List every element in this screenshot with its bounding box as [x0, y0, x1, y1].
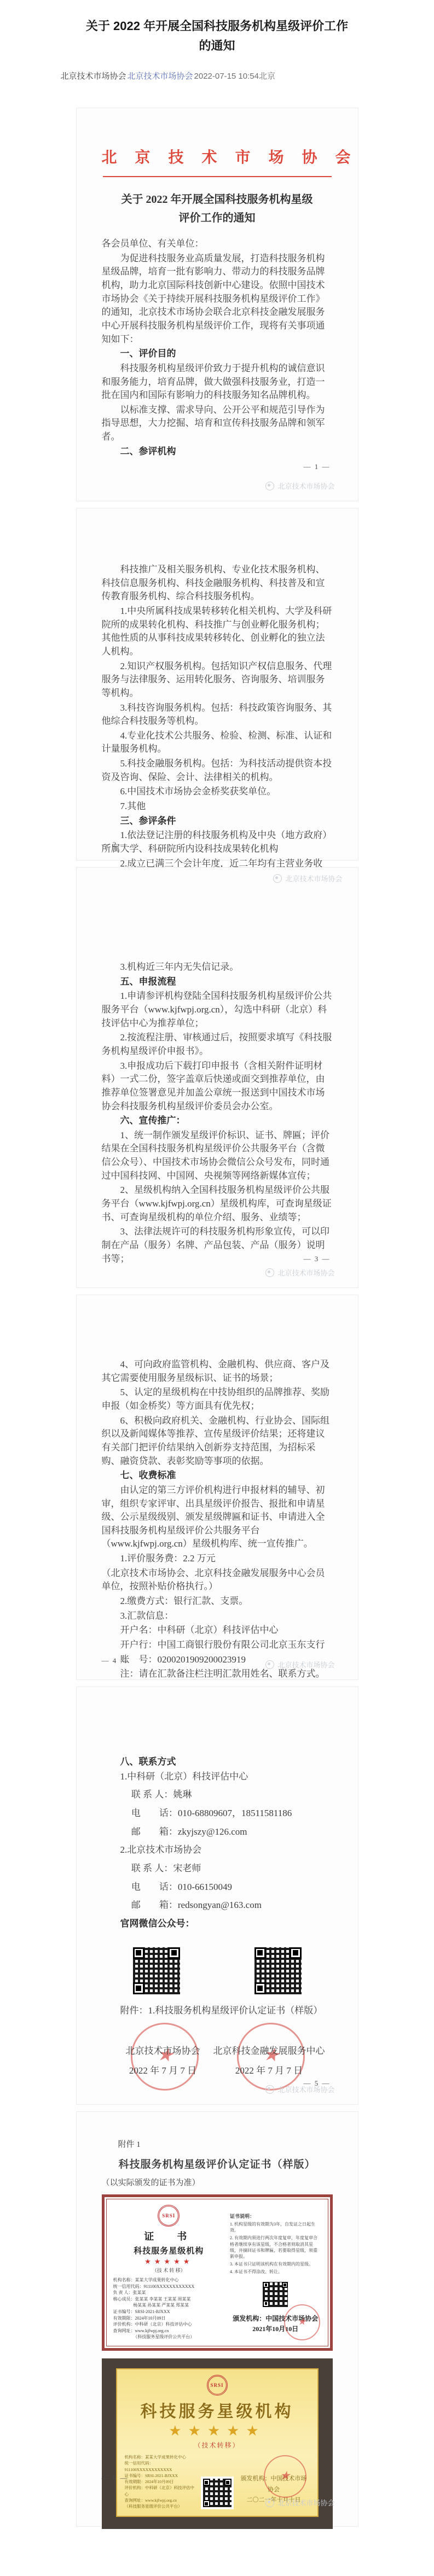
certificate-note: 1. 机构星级的有效期为3年，自发证之日起生效。	[230, 2221, 321, 2233]
letterhead-rule	[103, 176, 332, 177]
signature-date: 2022 年 7 月 7 日	[126, 2061, 200, 2081]
article-header: 关于 2022 年开展全国科技服务机构星级评价工作 的通知 北京技术市场协会北京…	[48, 0, 387, 83]
bottom-spacer	[0, 2533, 434, 2561]
watermark-label: 北京技术市场协会	[277, 1267, 334, 1278]
doc-paragraph: 二、参评机构	[102, 445, 333, 459]
doc-paragraph: 2.知识产权服务机构。包括知识产权信息服务、代理服务与法律服务、运用转化服务、咨…	[102, 660, 333, 700]
document-page-3: 北京技术市场协会 3.机构近三年内无失信记录。五、申报流程1.申请参评机构登陆全…	[76, 867, 358, 1288]
attachment-title: 科技服务机构星级评价认定证书（样版）	[102, 2156, 333, 2171]
certificate-field: 证书编号：SRSI-2021-BJXXX	[113, 2309, 225, 2315]
attachment-line: 附件：1.科技服务机构星级评价认定证书（样版）	[102, 2004, 333, 2018]
issuer-label: 颁发机构：	[233, 2315, 265, 2322]
issuer-line: 颁发机构：中国技术市场协会	[241, 2475, 307, 2493]
certificate-field: 核心成员：张某某 李某某 王某某 周某某	[113, 2296, 225, 2303]
byline: 北京技术市场协会北京技术市场协会2022-07-15 10:54北京	[48, 71, 387, 83]
watermark-label: 北京技术市场协会	[285, 873, 342, 883]
watermark-label: 北京技术市场协会	[277, 481, 334, 491]
document-page-1: 北 京 技 术 市 场 协 会 关于 2022 年开展全国科技服务机构星级 评价…	[76, 108, 358, 501]
page-number: — 6 —	[102, 2474, 129, 2483]
doc-paragraph: 各会员单位、有关单位：	[102, 237, 333, 251]
doc-paragraph: 由认定的第三方评价机构进行申报材料的辅导、初审，组织专家评审、出具星级评价报告、…	[102, 1484, 333, 1551]
doc-paragraph: 科技推广及相关服务机构、专业化技术服务机构、科技信息服务机构、科技金融服务机构、…	[102, 563, 333, 604]
account-link[interactable]: 北京技术市场协会	[128, 72, 193, 81]
certificate-notes-title: 证书说明：	[230, 2212, 321, 2220]
certificate-issuer: 颁发机构：中国技术市场协会 2021年10月10日	[230, 2314, 321, 2334]
watermark-label: 北京技术市场协会	[277, 2497, 334, 2508]
doc-paragraph: 1.申请参评机构登陆全国科技服务机构星级评价公共服务平台（www.kjfwpj.…	[102, 990, 333, 1030]
doc-body: 各会员单位、有关单位：为促进科技服务业高质量发展，打造科技服务机构星级品牌，培育…	[102, 237, 333, 458]
doc-paragraph: 开户名：中科研（北京）科技评估中心	[102, 1624, 333, 1637]
watermark: 北京技术市场协会	[265, 481, 334, 491]
doc-paragraph: 联 系 人：姚琳	[102, 1788, 333, 1802]
certificate-field: 评价机构：中科研（北京）科技评估中心	[113, 2321, 225, 2328]
plaque-field: 统一信用代码：911100XXXXXXXXXXXX	[125, 2460, 196, 2473]
official-qr-codes	[102, 1945, 333, 1997]
watermark: 北京技术市场协会	[265, 1267, 334, 1278]
doc-paragraph: 6、积极向政府机关、金融机构、行业协会、国际组织以及新闻媒体等推荐、宣传星级评价…	[102, 1414, 333, 1468]
plaque-fields: 机构名称：某某大学成果转化中心统一信用代码：911100XXXXXXXXXXXX…	[125, 2454, 196, 2509]
letterhead: 北 京 技 术 市 场 协 会	[102, 108, 333, 167]
certificate-field: 查询网址：www.kjfwpj.org.cn	[113, 2328, 225, 2334]
certificate-field: 有效期限：2024年10月09日	[113, 2315, 225, 2322]
doc-paragraph: 1.中科研（北京）科技评估中心	[102, 1770, 333, 1784]
doc-paragraph: 1、统一制作颁发星级评价标识、证书、牌匾；评价结果在全国科技服务机构星级评价公共…	[102, 1129, 333, 1183]
doc-paragraph: 1.中央所属科技成果转移转化相关机构、大学及科研院所的成果转化机构、科技推广与创…	[102, 605, 333, 659]
title-line-2: 的通知	[48, 36, 387, 56]
association-logo-icon	[265, 482, 274, 490]
certificate-note: 2. 有效期内须进行两次年度复审，年度复审合格者继续享有该星级，不合格者则取消其…	[230, 2235, 321, 2259]
doc-paragraph: 3.汇款信息：	[102, 1609, 333, 1623]
wechat-qr-code-2	[252, 1945, 304, 1997]
author-name: 北京技术市场协会	[61, 72, 126, 81]
document-page-4: 4、可向政府监管机构、金融机构、供应商、客户及其它需要使用服务星级标识、证书的场…	[76, 1295, 358, 1680]
doc-body: 3.机构近三年内无失信记录。五、申报流程1.申请参评机构登陆全国科技服务机构星级…	[102, 877, 333, 1266]
signature-right: 北京科技金融发展服务中心 2022 年 7 月 7 日	[213, 2041, 325, 2080]
plaque-field: 评价机构：中科研（北京）科技评估中心	[125, 2485, 196, 2497]
certificate-right-panel: 证书说明： 1. 机构星级的有效期为3年，自发证之日起生效。2. 有效期内须进行…	[230, 2205, 321, 2340]
page-number: — 3 —	[304, 1255, 331, 1263]
doc-paragraph: 电 话：010-68809607，18511581186	[102, 1807, 333, 1820]
doc-paragraph: 以标准支撑、需求导向、公开公平和规范引导作为指导思想，大力挖掘、培育和宣传科技服…	[102, 403, 333, 444]
watermark-label: 北京技术市场协会	[277, 1659, 334, 1670]
doc-paragraph: 邮 箱：redsongyan@163.com	[102, 1899, 333, 1912]
signature-left: 北京技术市场协会 2022 年 7 月 7 日	[126, 2041, 200, 2080]
doc-paragraph: 5、认定的星级机构在中技协组织的品牌推荐、奖励申报（如金桥奖）等方面具有优先权；	[102, 1386, 333, 1413]
doc-body: 八、联系方式1.中科研（北京）科技评估中心联 系 人：姚琳电 话：010-688…	[102, 1697, 333, 1930]
doc-paragraph: 为促进科技服务业高质量发展，打造科技服务机构星级品牌，培育一批有影响力、带动力的…	[102, 252, 333, 346]
publish-time: 2022-07-15 10:54	[194, 72, 259, 81]
doc-body: 4、可向政府监管机构、金融机构、供应商、客户及其它需要使用服务星级标识、证书的场…	[102, 1305, 333, 1681]
certificate-field: 杨某某 孙某某 严某某 郑某某	[113, 2302, 225, 2309]
title-line-1: 关于 2022 年开展全国科技服务机构星级评价工作	[48, 16, 387, 36]
certificate-notes: 1. 机构星级的有效期为3年，自发证之日起生效。2. 有效期内须进行两次年度复审…	[230, 2221, 321, 2275]
doc-paragraph: 3.科技咨询服务机构。包括：科技政策咨询服务、其他综合科技服务等机构。	[102, 701, 333, 728]
certificate-sample: SRSI 证 书 科技服务星级机构 ★★★★★ （技 术 转 移） 机构名称：某…	[102, 2194, 333, 2351]
doc-paragraph: 一、评价目的	[102, 347, 333, 361]
plaque-qr-code	[201, 2477, 234, 2509]
doc-paragraph: 1.依法登记注册的科技服务机构及中央（地方政府）所属大学、科研院所内设科技成果转…	[102, 829, 333, 856]
doc-title-line-1: 关于 2022 年开展全国科技服务机构星级	[102, 190, 333, 209]
certificate-fields: 机构名称：某某大学成果转化中心统一信用代码：911100XXXXXXXXXXXX…	[113, 2277, 225, 2340]
doc-paragraph: 科技服务机构星级评价致力于提升机构的诚信意识和服务能力，培育品牌，做大做强科技服…	[102, 362, 333, 402]
doc-paragraph: 4.专业化技术公共服务、检验、检测、标准、认证和计量服务机构。	[102, 729, 333, 756]
doc-paragraph: 六、宣传推广：	[102, 1114, 333, 1128]
doc-paragraph: 五、申报流程	[102, 975, 333, 989]
association-logo-icon	[265, 2498, 274, 2507]
srsi-logo-icon: SRSI	[207, 2375, 228, 2396]
plaque-field: 查询网址：www.kjfwpj.org.cn	[125, 2497, 196, 2503]
watermark: 北京技术市场协会	[265, 2497, 334, 2508]
watermark: 北京技术市场协会	[273, 873, 342, 883]
doc-paragraph: （北京技术市场协会、北京科技金融发展服务中心会员单位，按照补贴价格执行。）	[102, 1567, 333, 1594]
document-page-6: 附件 1 科技服务机构星级评价认定证书（样版） （以实际颁发的证书为准） SRS…	[76, 2111, 358, 2527]
document-page-5: 八、联系方式1.中科研（北京）科技评估中心联 系 人：姚琳电 话：010-688…	[76, 1687, 358, 2105]
doc-paragraph: 2.按流程注册、审核通过后，按照要求填写《科技服务机构星级评价申报书》。	[102, 1031, 333, 1058]
doc-title-line-2: 评价工作的通知	[102, 209, 333, 227]
document-page-2: 科技推广及相关服务机构、专业化技术服务机构、科技信息服务机构、科技金融服务机构、…	[76, 508, 358, 860]
certificate-title: 证 书	[113, 2229, 225, 2243]
doc-paragraph: 联 系 人：宋老师	[102, 1862, 333, 1876]
doc-paragraph: 电 话：010-66150049	[102, 1881, 333, 1894]
signature-date: 2022 年 7 月 7 日	[213, 2061, 325, 2081]
doc-paragraph: 6.中国技术市场协会金桥奖获奖单位。	[102, 785, 333, 799]
five-stars-icon: ★★★★★	[125, 2423, 310, 2439]
plaque-title: 科技服务星级机构	[125, 2398, 310, 2422]
association-logo-icon	[273, 874, 282, 883]
doc-paragraph: 官网微信公众号：	[102, 1917, 333, 1931]
publish-location: 北京	[259, 72, 275, 81]
page-number: — 2 —	[102, 840, 129, 849]
watermark-label: 北京技术市场协会	[277, 2084, 334, 2094]
doc-paragraph: 七、收费标准	[102, 1469, 333, 1483]
association-logo-icon	[265, 2085, 274, 2094]
plaque-field: 有效期限：2024年10月09日	[125, 2479, 196, 2485]
plaque-category: （技术转移）	[125, 2440, 310, 2450]
doc-paragraph: 2.北京技术市场协会	[102, 1843, 333, 1857]
certificate-note: 3. 本证书只证明该机构在有效期内的星级。	[230, 2261, 321, 2267]
doc-paragraph: 4、可向政府监管机构、金融机构、供应商、客户及其它需要使用服务星级标识、证书的场…	[102, 1358, 333, 1385]
signature-block: 北京技术市场协会 2022 年 7 月 7 日 北京科技金融发展服务中心 202…	[102, 2041, 333, 2080]
issuer-name: 中国技术市场协会	[265, 2315, 318, 2322]
doc-paragraph: 7.其他	[102, 800, 333, 813]
watermark: 北京技术市场协会	[265, 2084, 334, 2094]
watermark: 北京技术市场协会	[265, 1659, 334, 1670]
wechat-qr-code-1	[131, 1945, 182, 1997]
signature-org: 北京科技金融发展服务中心	[213, 2041, 325, 2061]
doc-paragraph: 3.机构近三年内无失信记录。	[102, 961, 333, 974]
association-logo-icon	[265, 1660, 274, 1669]
signature-org: 北京技术市场协会	[126, 2041, 200, 2061]
doc-paragraph: 3.申报成功后下载打印申报书（含相关附件证明材料）一式二份，签字盖章后快递或面交…	[102, 1059, 333, 1114]
plaque-field: 机构名称：某某大学成果转化中心	[125, 2454, 196, 2460]
doc-title: 关于 2022 年开展全国科技服务机构星级 评价工作的通知	[102, 190, 333, 227]
doc-paragraph: 八、联系方式	[102, 1755, 333, 1769]
page-number: — 1 —	[304, 462, 331, 471]
attachment-label: 附件 1	[102, 2112, 333, 2150]
doc-paragraph: 3、法律法规许可的科技服务机构形象宣传，可以印制在产品（服务）名牌、产品包装、产…	[102, 1225, 333, 1266]
doc-paragraph: 5.科技金融服务机构。包括：为科技活动提供资本投资及咨询、保险、会计、法律相关的…	[102, 757, 333, 784]
srsi-logo-icon: SRSI	[158, 2205, 180, 2227]
five-stars-icon: ★★★★★	[113, 2257, 225, 2266]
certificate-qr-code	[261, 2280, 290, 2309]
doc-body: 科技推广及相关服务机构、专业化技术服务机构、科技信息服务机构、科技金融服务机构、…	[102, 518, 333, 884]
certificate-field: 负 责 人：张某某	[113, 2290, 225, 2296]
doc-paragraph: 2.缴费方式：银行汇款、支票。	[102, 1595, 333, 1608]
certificate-subtitle: 科技服务星级机构	[113, 2245, 225, 2256]
certificate-field: 统一信用代码：911100XXXXXXXXXXXX	[113, 2284, 225, 2290]
doc-paragraph: 开户行：中国工商银行股份有限公司北京玉东支行	[102, 1638, 333, 1652]
certificate-category: （技 术 转 移）	[113, 2267, 225, 2274]
certificate-note: 4. 本证书不得涂改、转让。	[230, 2269, 321, 2275]
certificate-field: 机构名称：某某大学成果转化中心	[113, 2277, 225, 2284]
certificate-field: （科技服务星级评价公共平台）	[113, 2334, 225, 2340]
doc-paragraph: 三、参评条件	[102, 815, 333, 828]
attachment-note: （以实际颁发的证书为准）	[102, 2176, 333, 2188]
doc-paragraph: 1.评价服务费：2.2 万元	[102, 1552, 333, 1566]
certificate-left-panel: SRSI 证 书 科技服务星级机构 ★★★★★ （技 术 转 移） 机构名称：某…	[113, 2205, 225, 2340]
association-logo-icon	[265, 1268, 274, 1277]
plaque-field: 证书编号：SRSI-2021-BJXXX	[125, 2473, 196, 2479]
issue-date: 2021年10月10日	[252, 2325, 298, 2333]
plaque-field: （科技服务星级评价公共平台）	[125, 2503, 196, 2509]
page-title: 关于 2022 年开展全国科技服务机构星级评价工作 的通知	[48, 16, 387, 56]
doc-paragraph: 邮 箱：zkyjszy@126.com	[102, 1825, 333, 1839]
doc-paragraph: 2、星级机构纳入全国科技服务机构星级评价公共服务平台（www.kjfwpj.or…	[102, 1184, 333, 1224]
page-number: — 4 —	[102, 1656, 129, 1665]
